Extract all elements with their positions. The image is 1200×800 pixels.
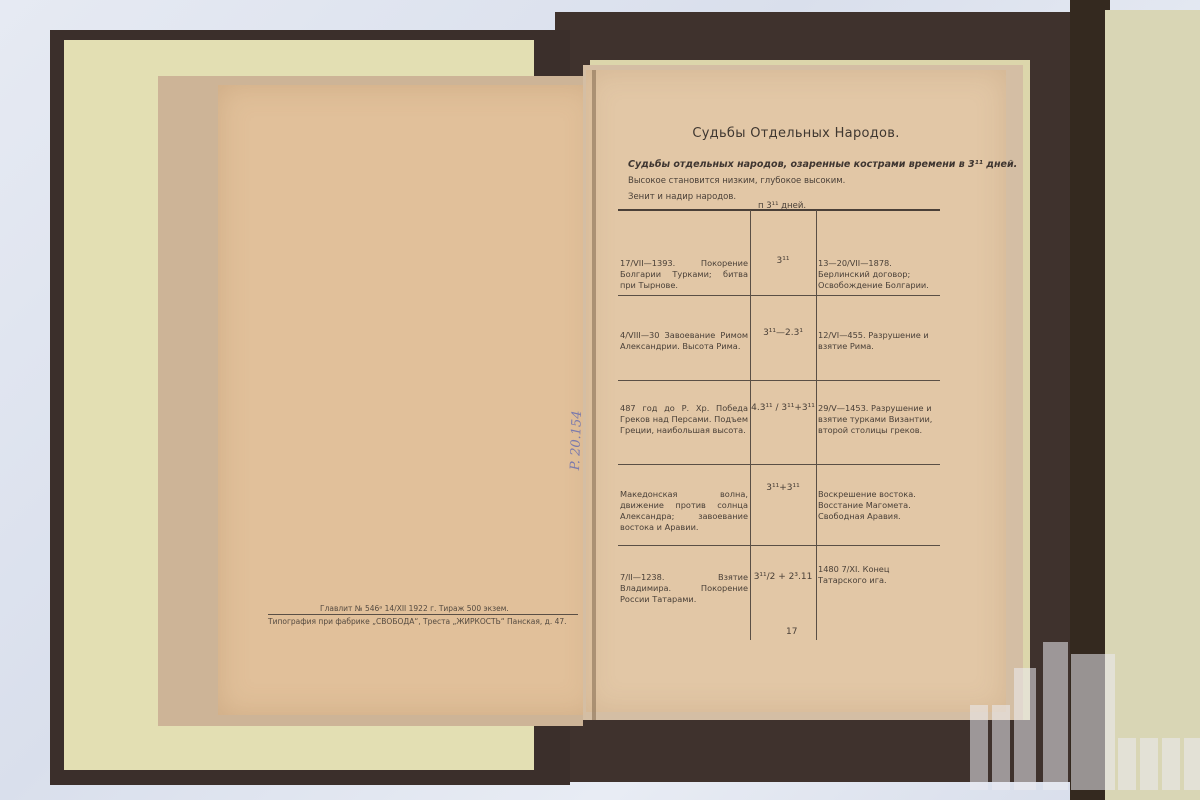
imprint-censor-line: Главлит № 546ᵃ 14/XII 1922 г. Тираж 500 … — [320, 604, 509, 613]
event-cell: 487 год до Р. Хр. Победа Греков над Перс… — [620, 403, 748, 436]
event-cell: 4/VIII—30 Завоевание Римом Александрии. … — [620, 330, 748, 352]
book-gutter — [592, 70, 596, 720]
outcome-cell: Воскрешение востока. Восстание Магомета.… — [818, 489, 938, 522]
table-row: 7/II—1238. Взятие Владимира. Покорение Р… — [618, 546, 940, 640]
outcome-cell: 12/VI—455. Разрушение и взятие Рима. — [818, 330, 938, 352]
interval-cell: 3¹¹+3¹¹ — [750, 483, 816, 494]
intro-line-1: Высокое становится низким, глубокое высо… — [628, 176, 845, 186]
event-cell: Македонская волна, движение против солнц… — [620, 489, 748, 533]
interval-cell: 3¹¹—2.3¹ — [750, 328, 816, 339]
table-row: 17/VII—1393. Покорение Болгарии Турками;… — [618, 210, 940, 296]
event-cell: 7/II—1238. Взятие Владимира. Покорение Р… — [620, 572, 748, 605]
outcome-cell: 1480 7/XI. Конец Татарского ига. — [818, 564, 938, 586]
interval-cell: 4.3¹¹ / 3¹¹+3¹¹ — [750, 403, 816, 414]
page-subtitle: Судьбы отдельных народов, озаренные кост… — [628, 159, 1017, 170]
table-row: 487 год до Р. Хр. Победа Греков над Перс… — [618, 381, 940, 465]
page-title: Судьбы Отдельных Народов. — [586, 126, 1006, 141]
page-number: 17 — [786, 627, 797, 637]
outcome-cell: 13—20/VII—1878. Берлинский договор; Осво… — [818, 258, 938, 291]
table-row: Македонская волна, движение против солнц… — [618, 465, 940, 546]
imprint-divider — [268, 614, 578, 615]
interval-cell: 3¹¹/2 + 2³.11 — [750, 572, 816, 583]
table-row: 4/VIII—30 Завоевание Римом Александрии. … — [618, 296, 940, 381]
next-folder-mat — [1105, 10, 1200, 800]
event-cell: 17/VII—1393. Покорение Болгарии Турками;… — [620, 258, 748, 291]
imprint-printer-line: Типография при фабрике „СВОБОДА“, Треста… — [268, 617, 567, 626]
outcome-cell: 29/V—1453. Разрушение и взятие турками В… — [818, 403, 938, 436]
interval-cell: 3¹¹ — [750, 256, 816, 267]
intro-line-2: Зенит и надир народов. — [628, 192, 736, 202]
handwritten-archive-number: P. 20.154 — [568, 410, 585, 470]
